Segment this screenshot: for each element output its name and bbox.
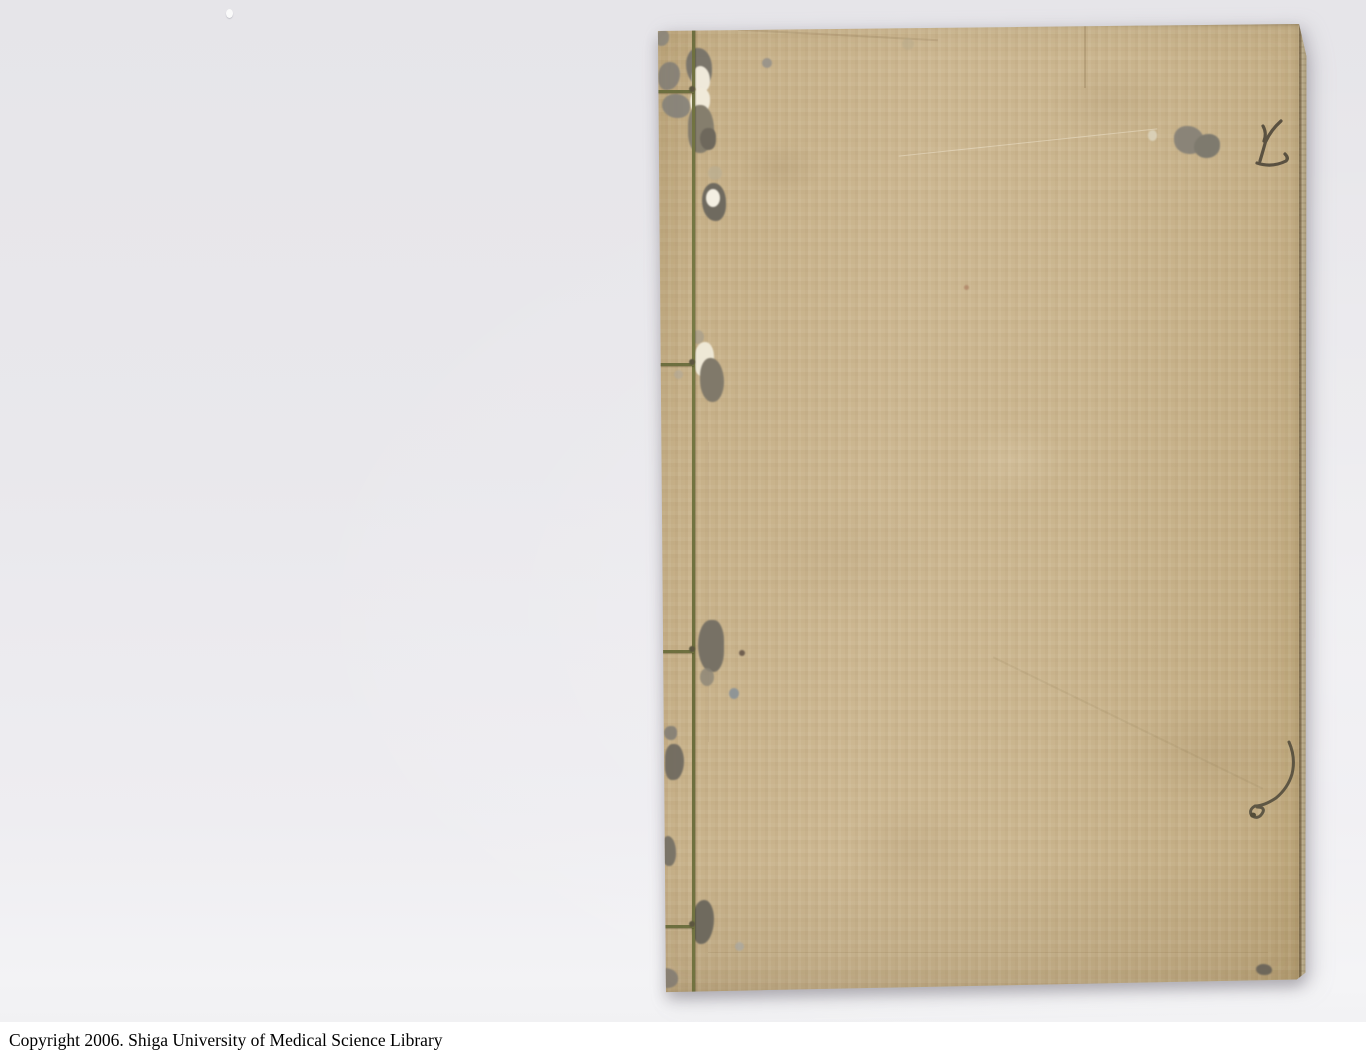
stain: [735, 942, 744, 951]
stain: [652, 968, 678, 988]
crease: [1084, 26, 1086, 88]
stitch-hole: [689, 646, 695, 652]
stain: [902, 38, 914, 50]
crease: [708, 442, 709, 742]
stain: [762, 58, 772, 68]
stain: [649, 344, 655, 351]
binding-stitch: [648, 90, 694, 93]
stain: [1194, 134, 1220, 158]
stain: [1148, 130, 1157, 141]
ink-mark-bottom-right: [1244, 738, 1308, 824]
binding-stitch: [648, 650, 694, 653]
stain: [698, 620, 724, 672]
book: [648, 22, 1310, 996]
stain: [1256, 964, 1272, 975]
stain: [661, 836, 676, 866]
stain: [708, 166, 722, 180]
binding-stitch: [648, 363, 694, 366]
stitch-hole: [689, 921, 695, 927]
book-back-cover: [648, 22, 1310, 996]
stain: [729, 688, 739, 699]
page-block-edge: [1299, 22, 1310, 996]
ink-mark-top-right: [1250, 118, 1296, 178]
binding-stitch: [648, 925, 694, 928]
stain: [700, 668, 714, 686]
caption-bar: Copyright 2006. Shiga University of Medi…: [0, 1022, 1366, 1054]
stain: [700, 128, 716, 150]
stain: [964, 285, 969, 290]
stain: [664, 726, 677, 740]
paper-mottling: [648, 22, 1310, 996]
stain: [674, 370, 683, 379]
crease: [708, 952, 1268, 953]
stain: [662, 94, 690, 118]
dust-speck: [226, 9, 233, 18]
copyright-text: Copyright 2006. Shiga University of Medi…: [9, 1028, 443, 1052]
stain: [700, 358, 724, 402]
stain: [739, 650, 745, 656]
binding-thread: [692, 26, 695, 992]
stain: [706, 189, 720, 207]
stitch-hole: [689, 359, 695, 365]
stitch-hole: [689, 86, 695, 92]
photo-area: [0, 0, 1366, 1022]
